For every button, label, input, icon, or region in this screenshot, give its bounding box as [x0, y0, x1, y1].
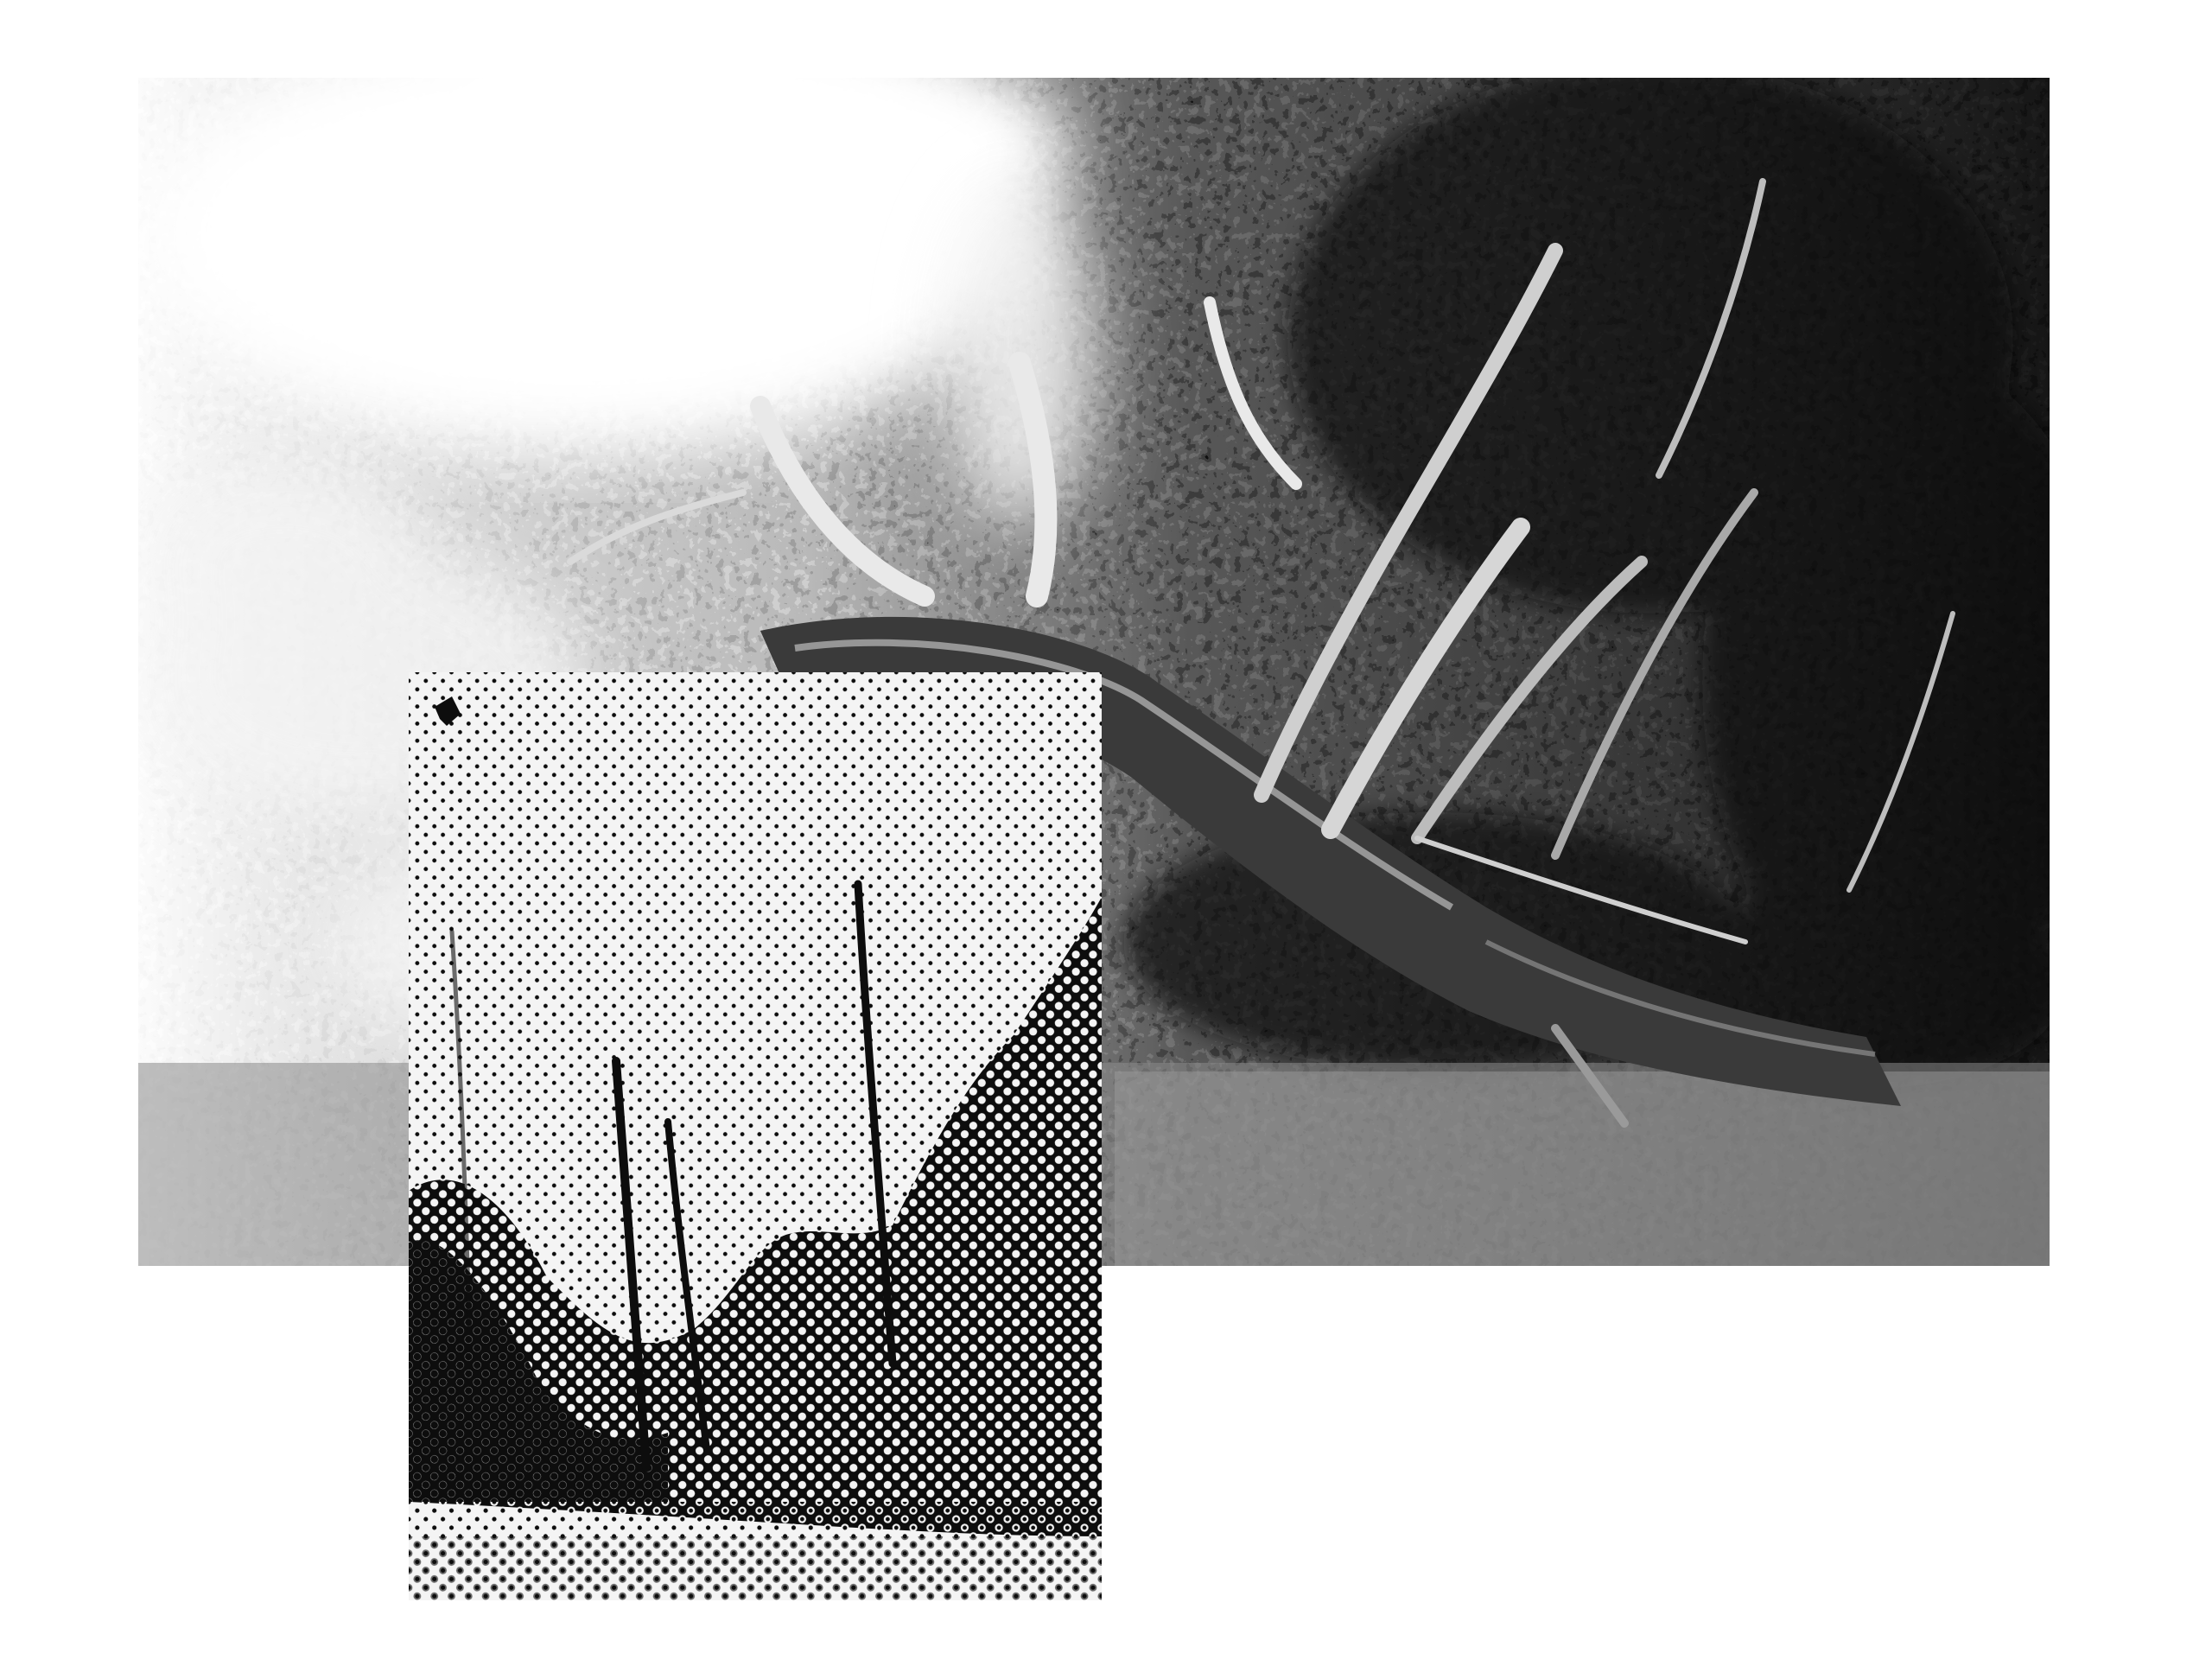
halftone-inset-photograph	[409, 672, 1102, 1600]
halftone-scene	[409, 672, 1102, 1600]
